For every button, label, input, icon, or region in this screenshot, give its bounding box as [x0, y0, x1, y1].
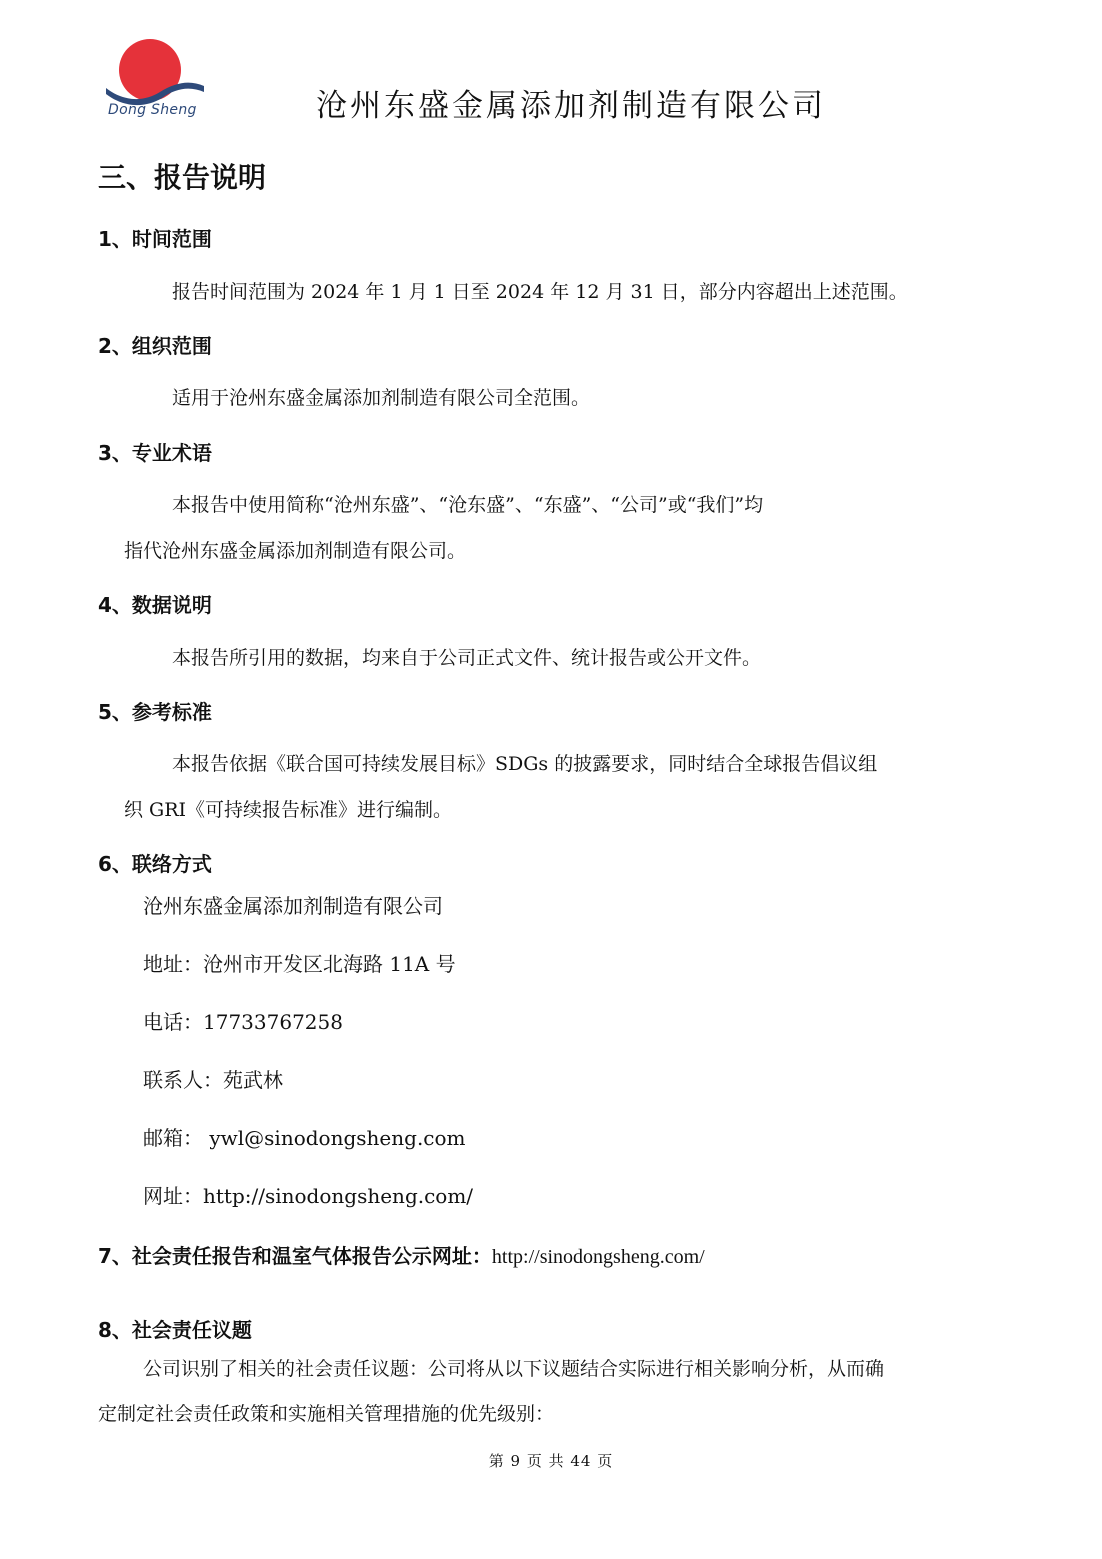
paragraph-data-notes: 本报告所引用的数据，均来自于公司正式文件、统计报告或公开文件。: [172, 643, 761, 670]
heading-terminology: 3、专业术语: [98, 437, 212, 466]
heading-disclosure-url: 7、社会责任报告和温室气体报告公示网址：http://sinodongsheng…: [98, 1240, 705, 1269]
paragraph-org-scope: 适用于沧州东盛金属添加剂制造有限公司全范围。: [172, 383, 590, 410]
contact-company: 沧州东盛金属添加剂制造有限公司: [143, 890, 443, 919]
heading-time-range: 1、时间范围: [98, 223, 212, 252]
disclosure-url-link[interactable]: http://sinodongsheng.com/: [492, 1246, 705, 1268]
section-title: 三、报告说明: [98, 156, 266, 196]
contact-website[interactable]: 网址：http://sinodongsheng.com/: [143, 1180, 473, 1209]
contact-address: 地址：沧州市开发区北海路 11A 号: [143, 948, 456, 977]
contact-person: 联系人：苑武林: [143, 1064, 283, 1093]
heading-org-scope: 2、组织范围: [98, 330, 212, 359]
page-footer: 第 9 页 共 44 页: [0, 1450, 1102, 1471]
heading-disclosure-label: 7、社会责任报告和温室气体报告公示网址：: [98, 1244, 492, 1268]
paragraph-standards-line1: 本报告依据《联合国可持续发展目标》SDGs 的披露要求，同时结合全球报告倡议组: [172, 749, 877, 776]
contact-phone: 电话：17733767258: [143, 1006, 343, 1035]
paragraph-social-issues-line1: 公司识别了相关的社会责任议题：公司将从以下议题结合实际进行相关影响分析，从而确: [143, 1354, 884, 1381]
paragraph-standards-line2: 织 GRI《可持续报告标准》进行编制。: [124, 795, 452, 822]
paragraph-terminology-line1: 本报告中使用简称“沧州东盛”、“沧东盛”、“东盛”、“公司”或“我们”均: [172, 490, 763, 517]
logo-text: Dong Sheng: [108, 102, 197, 118]
company-name-header: 沧州东盛金属添加剂制造有限公司: [316, 80, 826, 125]
heading-social-issues: 8、社会责任议题: [98, 1314, 252, 1343]
paragraph-social-issues-line2: 定制定社会责任政策和实施相关管理措施的优先级别：: [98, 1399, 554, 1426]
paragraph-terminology-line2: 指代沧州东盛金属添加剂制造有限公司。: [124, 536, 466, 563]
heading-reference-standards: 5、参考标准: [98, 696, 212, 725]
heading-data-notes: 4、数据说明: [98, 589, 212, 618]
heading-contact: 6、联络方式: [98, 848, 212, 877]
paragraph-time-range: 报告时间范围为 2024 年 1 月 1 日至 2024 年 12 月 31 日…: [172, 277, 908, 304]
contact-email[interactable]: 邮箱： ywl@sinodongsheng.com: [143, 1122, 466, 1151]
